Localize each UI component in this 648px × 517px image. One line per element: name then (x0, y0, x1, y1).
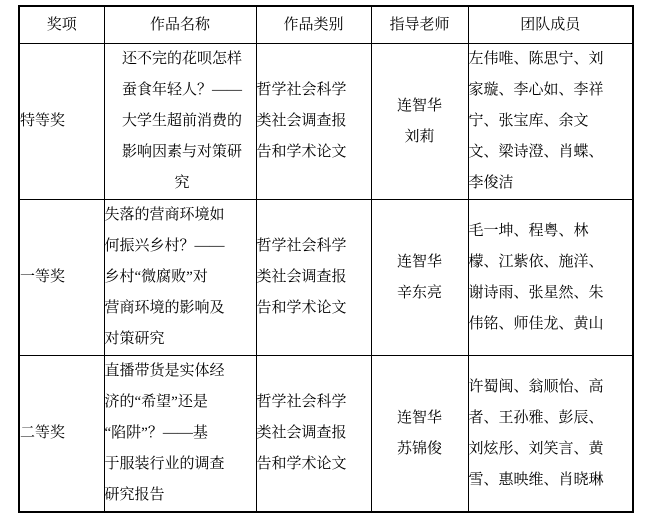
column-header-advisor: 指导老师 (371, 6, 468, 44)
category-cell: 哲学社会科学 类社会调查报 告和学术论文 (256, 200, 371, 356)
column-header-title: 作品名称 (104, 6, 256, 44)
column-header-award: 奖项 (19, 6, 104, 44)
table-row-second-prize: 二等奖 直播带货是实体经 济的“希望”还是 “陷阱”？——基 于服装行业的调查 … (19, 356, 633, 513)
work-title-cell: 直播带货是实体经 济的“希望”还是 “陷阱”？——基 于服装行业的调查 研究报告 (104, 356, 256, 513)
table-row-first-prize: 一等奖 失落的营商环境如 何振兴乡村？—— 乡村“微腐败”对 营商环境的影响及 … (19, 200, 633, 356)
awards-table: 奖项 作品名称 作品类别 指导老师 团队成员 特等奖 还不完的花呗怎样 蚕食年轻… (18, 5, 634, 513)
category-cell: 哲学社会科学 类社会调查报 告和学术论文 (256, 356, 371, 513)
column-header-members: 团队成员 (468, 6, 633, 44)
members-cell: 毛一坤、程粤、林 檬、江紫依、施洋、 谢诗雨、张星然、朱 伟铭、师佳龙、黄山 (468, 200, 633, 356)
header-row: 奖项 作品名称 作品类别 指导老师 团队成员 (19, 6, 633, 44)
category-cell: 哲学社会科学 类社会调查报 告和学术论文 (256, 44, 371, 200)
column-header-category: 作品类别 (256, 6, 371, 44)
document-page: 奖项 作品名称 作品类别 指导老师 团队成员 特等奖 还不完的花呗怎样 蚕食年轻… (0, 0, 648, 517)
award-cell: 一等奖 (19, 200, 104, 356)
table-row-special-prize: 特等奖 还不完的花呗怎样 蚕食年轻人？—— 大学生超前消费的 影响因素与对策研 … (19, 44, 633, 200)
work-title-cell: 还不完的花呗怎样 蚕食年轻人？—— 大学生超前消费的 影响因素与对策研 究 (104, 44, 256, 200)
members-cell: 许蜀闽、翁顺怡、高 者、王孙雅、彭辰、 刘炫彤、刘笑言、黄 雪、惠映维、肖晓琳 (468, 356, 633, 513)
award-cell: 特等奖 (19, 44, 104, 200)
advisor-cell: 连智华 苏锦俊 (371, 356, 468, 513)
award-cell: 二等奖 (19, 356, 104, 513)
work-title-cell: 失落的营商环境如 何振兴乡村？—— 乡村“微腐败”对 营商环境的影响及 对策研究 (104, 200, 256, 356)
advisor-cell: 连智华 辛东亮 (371, 200, 468, 356)
members-cell: 左伟唯、陈思宁、刘 家璇、李心如、李祥 宁、张宝库、余文 文、梁诗澄、肖蝶、 李… (468, 44, 633, 200)
advisor-cell: 连智华 刘莉 (371, 44, 468, 200)
